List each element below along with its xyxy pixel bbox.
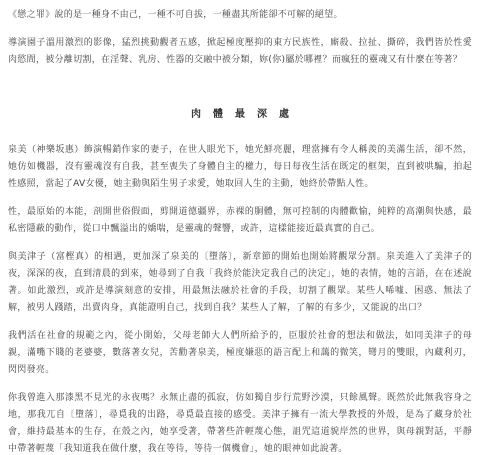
document-page: 《戀之罪》說的是一種身不由己，一種不可自拔，一種盡其所能卻不可解的絕望。 導演園…	[0, 0, 480, 455]
closing-paragraph: 你我曾進入那漆黑不見光的永夜嗎？永無止盡的孤寂，仿如獨自步行荒野沙漠，只餘風聲。…	[8, 390, 472, 455]
mitsuko-paragraph: 與美津子（富樫真）的相遇，更加深了泉美的〔墮落〕，新章節的開始也開始將觀眾分割。…	[8, 249, 472, 317]
director-paragraph: 導演園子溫用激烈的影像，猛烈挑動觀者五感，掀起極度壓抑的東方民族性，廝殺、拉扯、…	[8, 35, 472, 69]
izumi-paragraph: 泉美（神樂坂惠）飾演暢銷作家的妻子，在世人眼光下，她光鮮亮麗，理當擁有令人稱羨的…	[8, 142, 472, 193]
society-paragraph: 我們活在社會的規範之內，從小開始，父母老師大人們所給予的，臣服於社會的想法和做法…	[8, 328, 472, 379]
section-heading: 肉體最深處	[8, 105, 472, 120]
sex-instinct-paragraph: 性，最原始的本能，剖開世俗假面，剪開道德疆界，赤裸的胴體，無可控制的肉體歡愉，純…	[8, 204, 472, 238]
intro-paragraph: 《戀之罪》說的是一種身不由己，一種不可自拔，一種盡其所能卻不可解的絕望。	[8, 7, 472, 24]
